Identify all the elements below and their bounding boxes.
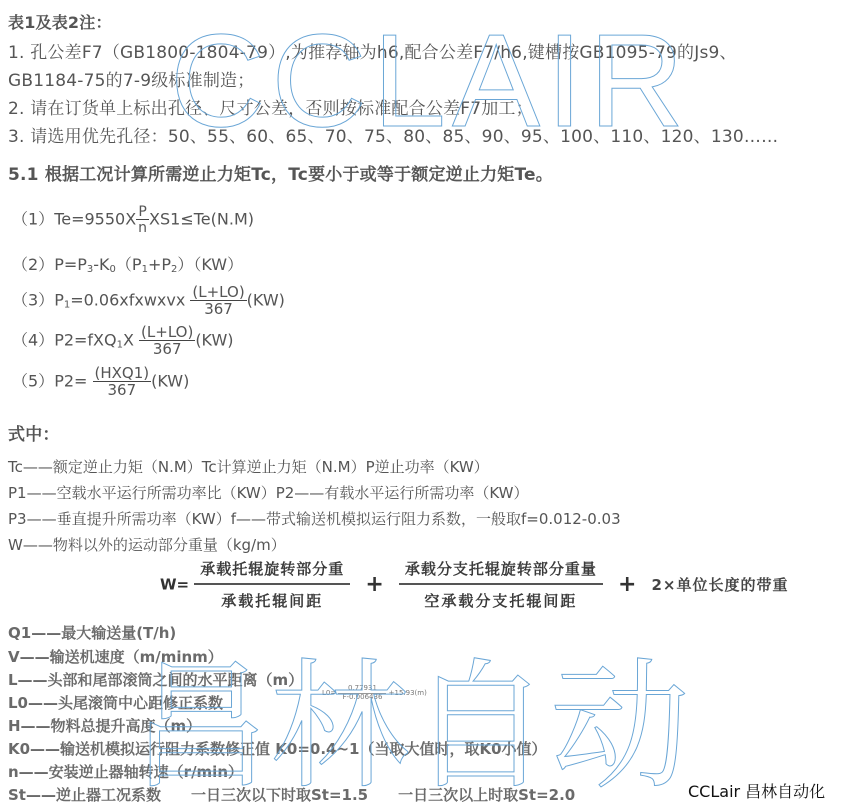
- note-line-4: 3. 请选用优先孔径：50、55、60、65、70、75、80、85、90、95…: [8, 122, 778, 147]
- formula-label: （4）: [12, 331, 54, 350]
- formula-4: （4）P2=fXQ1X (L+LO)367(KW): [12, 325, 234, 357]
- fraction: (HXQ1)367: [93, 366, 152, 398]
- note-line-2: GB1184-75的7-9级标准制造；: [8, 66, 254, 91]
- fraction: (L+LO)367: [139, 325, 195, 357]
- fraction: Pn: [136, 205, 149, 235]
- where-title: 式中：: [8, 420, 60, 445]
- var-l0: L0——头尾滚筒中心距修正系数: [8, 692, 223, 713]
- l0-formula: L0= 0.77931F-0.006436 +15.93(m): [322, 685, 427, 701]
- formula-text: Te=9550X: [54, 210, 136, 229]
- formula-label: （3）: [12, 291, 54, 310]
- where-line-w: W——物料以外的运动部分重量（kg/m）: [8, 534, 286, 555]
- var-v: V——输送机速度（m/minm）: [8, 646, 223, 667]
- var-st: St——逆止器工况系数 一日三次以下时取St=1.5 一日三次以上时取St=2.…: [8, 784, 575, 805]
- var-n: n——安装逆止器轴转速（r/min）: [8, 761, 243, 782]
- formula-label: （5）: [12, 372, 54, 391]
- formula-label: （1）: [12, 210, 54, 229]
- notes-title: 表1及表2注：: [8, 10, 112, 33]
- var-k0: K0——输送机模拟运行阻力系数修正值 K0=0.4~1（当取大值时，取K0小值）: [8, 738, 547, 759]
- where-line-tc: Tc——额定逆止力矩（N.M）Tc计算逆止力矩（N.M）P逆止功率（KW）: [8, 456, 489, 477]
- formula-5: （5）P2= (HXQ1)367(KW): [12, 366, 189, 398]
- fraction: (L+LO)367: [190, 285, 246, 317]
- var-h: H——物料总提升高度（m）: [8, 715, 201, 736]
- where-line-p1: P1——空载水平运行所需功率比（KW）P2——有载水平运行所需功率（KW）: [8, 482, 528, 503]
- formula-label: （2）: [12, 255, 54, 274]
- w-formula: W= 承载托辊旋转部分重承载托辊间距 + 承载分支托辊旋转部分重量空承载分支托辊…: [160, 558, 789, 611]
- section-heading: 5.1 根据工况计算所需逆止力矩Tc，Tc要小于或等于额定逆止力矩Te。: [8, 160, 553, 185]
- formula-text: XS1≤Te(N.M): [149, 210, 254, 229]
- note-line-3: 2. 请在订货单上标出孔径、尺寸公差，否则按标准配合公差F7加工；: [8, 94, 533, 119]
- watermark-corner-label: CCLair 昌林自动化: [688, 779, 825, 802]
- var-q1: Q1——最大输送量(T/h): [8, 622, 176, 643]
- w-fraction-2: 承载分支托辊旋转部分重量空承载分支托辊间距: [399, 558, 603, 611]
- var-l: L——头部和尾部滚筒之间的水平距离（m）: [8, 669, 303, 690]
- formula-3: （3）P1=0.06xfxwxvx (L+LO)367(KW): [12, 285, 285, 317]
- formula-1: （1）Te=9550XPnXS1≤Te(N.M): [12, 205, 254, 235]
- formula-2: （2）P=P3-K0（P1+P2）（KW）: [12, 252, 243, 275]
- note-line-1: 1. 孔公差F7（GB1800-1804-79）,为推荐轴为h6,配合公差F7/…: [8, 38, 737, 63]
- where-line-p3: P3——垂直提升所需功率（KW）f——带式输送机模拟运行阻力系数，一般取f=0.…: [8, 508, 621, 529]
- w-fraction-1: 承载托辊旋转部分重承载托辊间距: [194, 558, 350, 611]
